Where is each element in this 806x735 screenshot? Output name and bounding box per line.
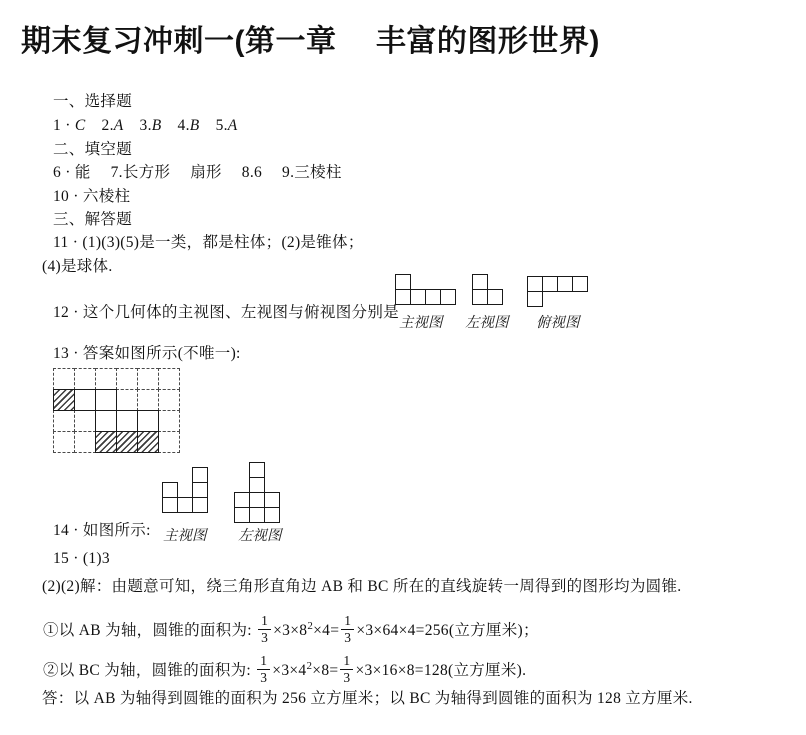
q12-top-view-label: 俯视图 xyxy=(536,311,580,332)
square-cell xyxy=(557,276,573,292)
q13-answer-text: 13 · 答案如图所示(不唯一): xyxy=(53,344,241,364)
grid-cell xyxy=(53,410,75,432)
formula-result: ×3×16×8=128(立方厘米). xyxy=(355,662,526,679)
q15-answer-line-2: (2)(2)解：由题意可知，绕三角形直角边 AB 和 BC 所在的直线旋转一周得… xyxy=(42,577,681,597)
section-heading-fill: 二、填空题 xyxy=(53,140,132,160)
formula-prefix: ①以 AB 为轴，圆锥的面积为: xyxy=(43,622,256,639)
q12-left-view-label: 左视图 xyxy=(465,311,509,332)
square-cell xyxy=(234,492,250,508)
fraction-one-third: 13 xyxy=(341,613,354,645)
square-cell xyxy=(395,289,411,305)
q14-front-view-label: 主视图 xyxy=(163,524,207,545)
q15-formula-1: ①以 AB 为轴，圆锥的面积为: 13×3×82×4=13×3×64×4=256… xyxy=(43,606,539,646)
q15-final-answer: 答：以 AB 为轴得到圆锥的面积为 256 立方厘米；以 BC 为轴得到圆锥的面… xyxy=(42,689,693,709)
answer-sheet-page: 期末复习冲刺一(第一章 丰富的图形世界) 一、选择题 1 · C2.A3.B4.… xyxy=(0,0,806,735)
square-cell xyxy=(234,507,250,523)
square-cell xyxy=(74,389,96,411)
grid-cell xyxy=(137,368,159,390)
square-cell xyxy=(95,389,117,411)
square-cell xyxy=(410,289,426,305)
choice-letter: C xyxy=(75,117,86,134)
square-cell xyxy=(527,276,543,292)
section-heading-choice: 一、选择题 xyxy=(53,92,132,112)
grid-cell xyxy=(158,410,180,432)
formula-term: ×8= xyxy=(312,662,338,679)
square-cell xyxy=(487,289,503,305)
square-cell xyxy=(116,410,138,432)
square-cell xyxy=(95,410,117,432)
choice-letter: B xyxy=(152,117,162,134)
formula-term: ×3×4 xyxy=(272,662,306,679)
choice-number: 5. xyxy=(216,117,228,134)
choice-answer: 4.B xyxy=(178,117,200,134)
hatched-cell xyxy=(53,389,75,411)
square-cell xyxy=(472,274,488,290)
page-title: 期末复习冲刺一(第一章 丰富的图形世界) xyxy=(21,16,600,60)
q11-answer-line-1: 11 · (1)(3)(5)是一类，都是柱体；(2)是锥体； xyxy=(53,233,364,253)
fill-answers-line-1: 6 · 能 7.长方形 扇形 8.6 9.三棱柱 xyxy=(53,163,342,183)
square-cell xyxy=(440,289,456,305)
choice-letter: A xyxy=(114,117,124,134)
hatched-cell xyxy=(116,431,138,453)
square-cell xyxy=(527,291,543,307)
fraction-one-third: 13 xyxy=(258,613,271,645)
square-cell xyxy=(137,410,159,432)
q14-left-view-label: 左视图 xyxy=(238,524,282,545)
square-cell xyxy=(162,497,178,513)
hatched-cell xyxy=(137,431,159,453)
choice-letter: A xyxy=(228,117,238,134)
grid-cell xyxy=(53,368,75,390)
grid-cell xyxy=(74,410,96,432)
hatched-cell xyxy=(95,431,117,453)
grid-cell xyxy=(116,389,138,411)
grid-cell xyxy=(74,431,96,453)
grid-cell xyxy=(74,368,96,390)
square-cell xyxy=(425,289,441,305)
square-cell xyxy=(192,467,208,483)
square-cell xyxy=(395,274,411,290)
grid-cell xyxy=(137,389,159,411)
square-cell xyxy=(249,492,265,508)
grid-cell xyxy=(158,431,180,453)
square-cell xyxy=(542,276,558,292)
grid-cell xyxy=(53,431,75,453)
fraction-one-third: 13 xyxy=(257,653,270,685)
grid-cell xyxy=(95,368,117,390)
formula-term: ×4= xyxy=(313,622,339,639)
choice-answer: 5.A xyxy=(216,117,238,134)
choice-answer: 3.B xyxy=(140,117,162,134)
choice-number: 3. xyxy=(140,117,152,134)
formula-prefix: ②以 BC 为轴，圆锥的面积为: xyxy=(43,662,255,679)
q15-answer-line-1: 15 · (1)3 xyxy=(53,549,110,569)
choice-answers-line: 1 · C2.A3.B4.B5.A xyxy=(53,116,254,136)
q14-answer-text: 14 · 如图所示: xyxy=(53,521,151,541)
q12-answer-text: 12 · 这个几何体的主视图、左视图与俯视图分别是 xyxy=(53,303,399,323)
square-cell xyxy=(177,497,193,513)
square-cell xyxy=(249,462,265,478)
choice-number: 2. xyxy=(102,117,114,134)
choice-number: 1 · xyxy=(53,117,75,134)
grid-cell xyxy=(158,368,180,390)
q15-formula-2: ②以 BC 为轴，圆锥的面积为: 13×3×42×8=13×3×16×8=128… xyxy=(43,646,526,686)
square-cell xyxy=(264,492,280,508)
square-cell xyxy=(249,477,265,493)
formula-term: ×3×8 xyxy=(273,622,307,639)
fraction-one-third: 13 xyxy=(340,653,353,685)
q12-front-view-label: 主视图 xyxy=(399,311,443,332)
choice-number: 4. xyxy=(178,117,190,134)
square-cell xyxy=(162,482,178,498)
square-cell xyxy=(249,507,265,523)
square-cell xyxy=(192,497,208,513)
square-cell xyxy=(472,289,488,305)
square-cell xyxy=(192,482,208,498)
grid-cell xyxy=(116,368,138,390)
section-heading-solve: 三、解答题 xyxy=(53,210,132,230)
q11-answer-line-2: (4)是球体. xyxy=(42,257,113,277)
choice-letter: B xyxy=(190,117,200,134)
fill-answers-line-2: 10 · 六棱柱 xyxy=(53,187,130,207)
formula-result: ×3×64×4=256(立方厘米)； xyxy=(356,622,538,639)
square-cell xyxy=(264,507,280,523)
grid-cell xyxy=(158,389,180,411)
square-cell xyxy=(572,276,588,292)
choice-answer: 2.A xyxy=(102,117,124,134)
choice-answer: 1 · C xyxy=(53,117,86,134)
